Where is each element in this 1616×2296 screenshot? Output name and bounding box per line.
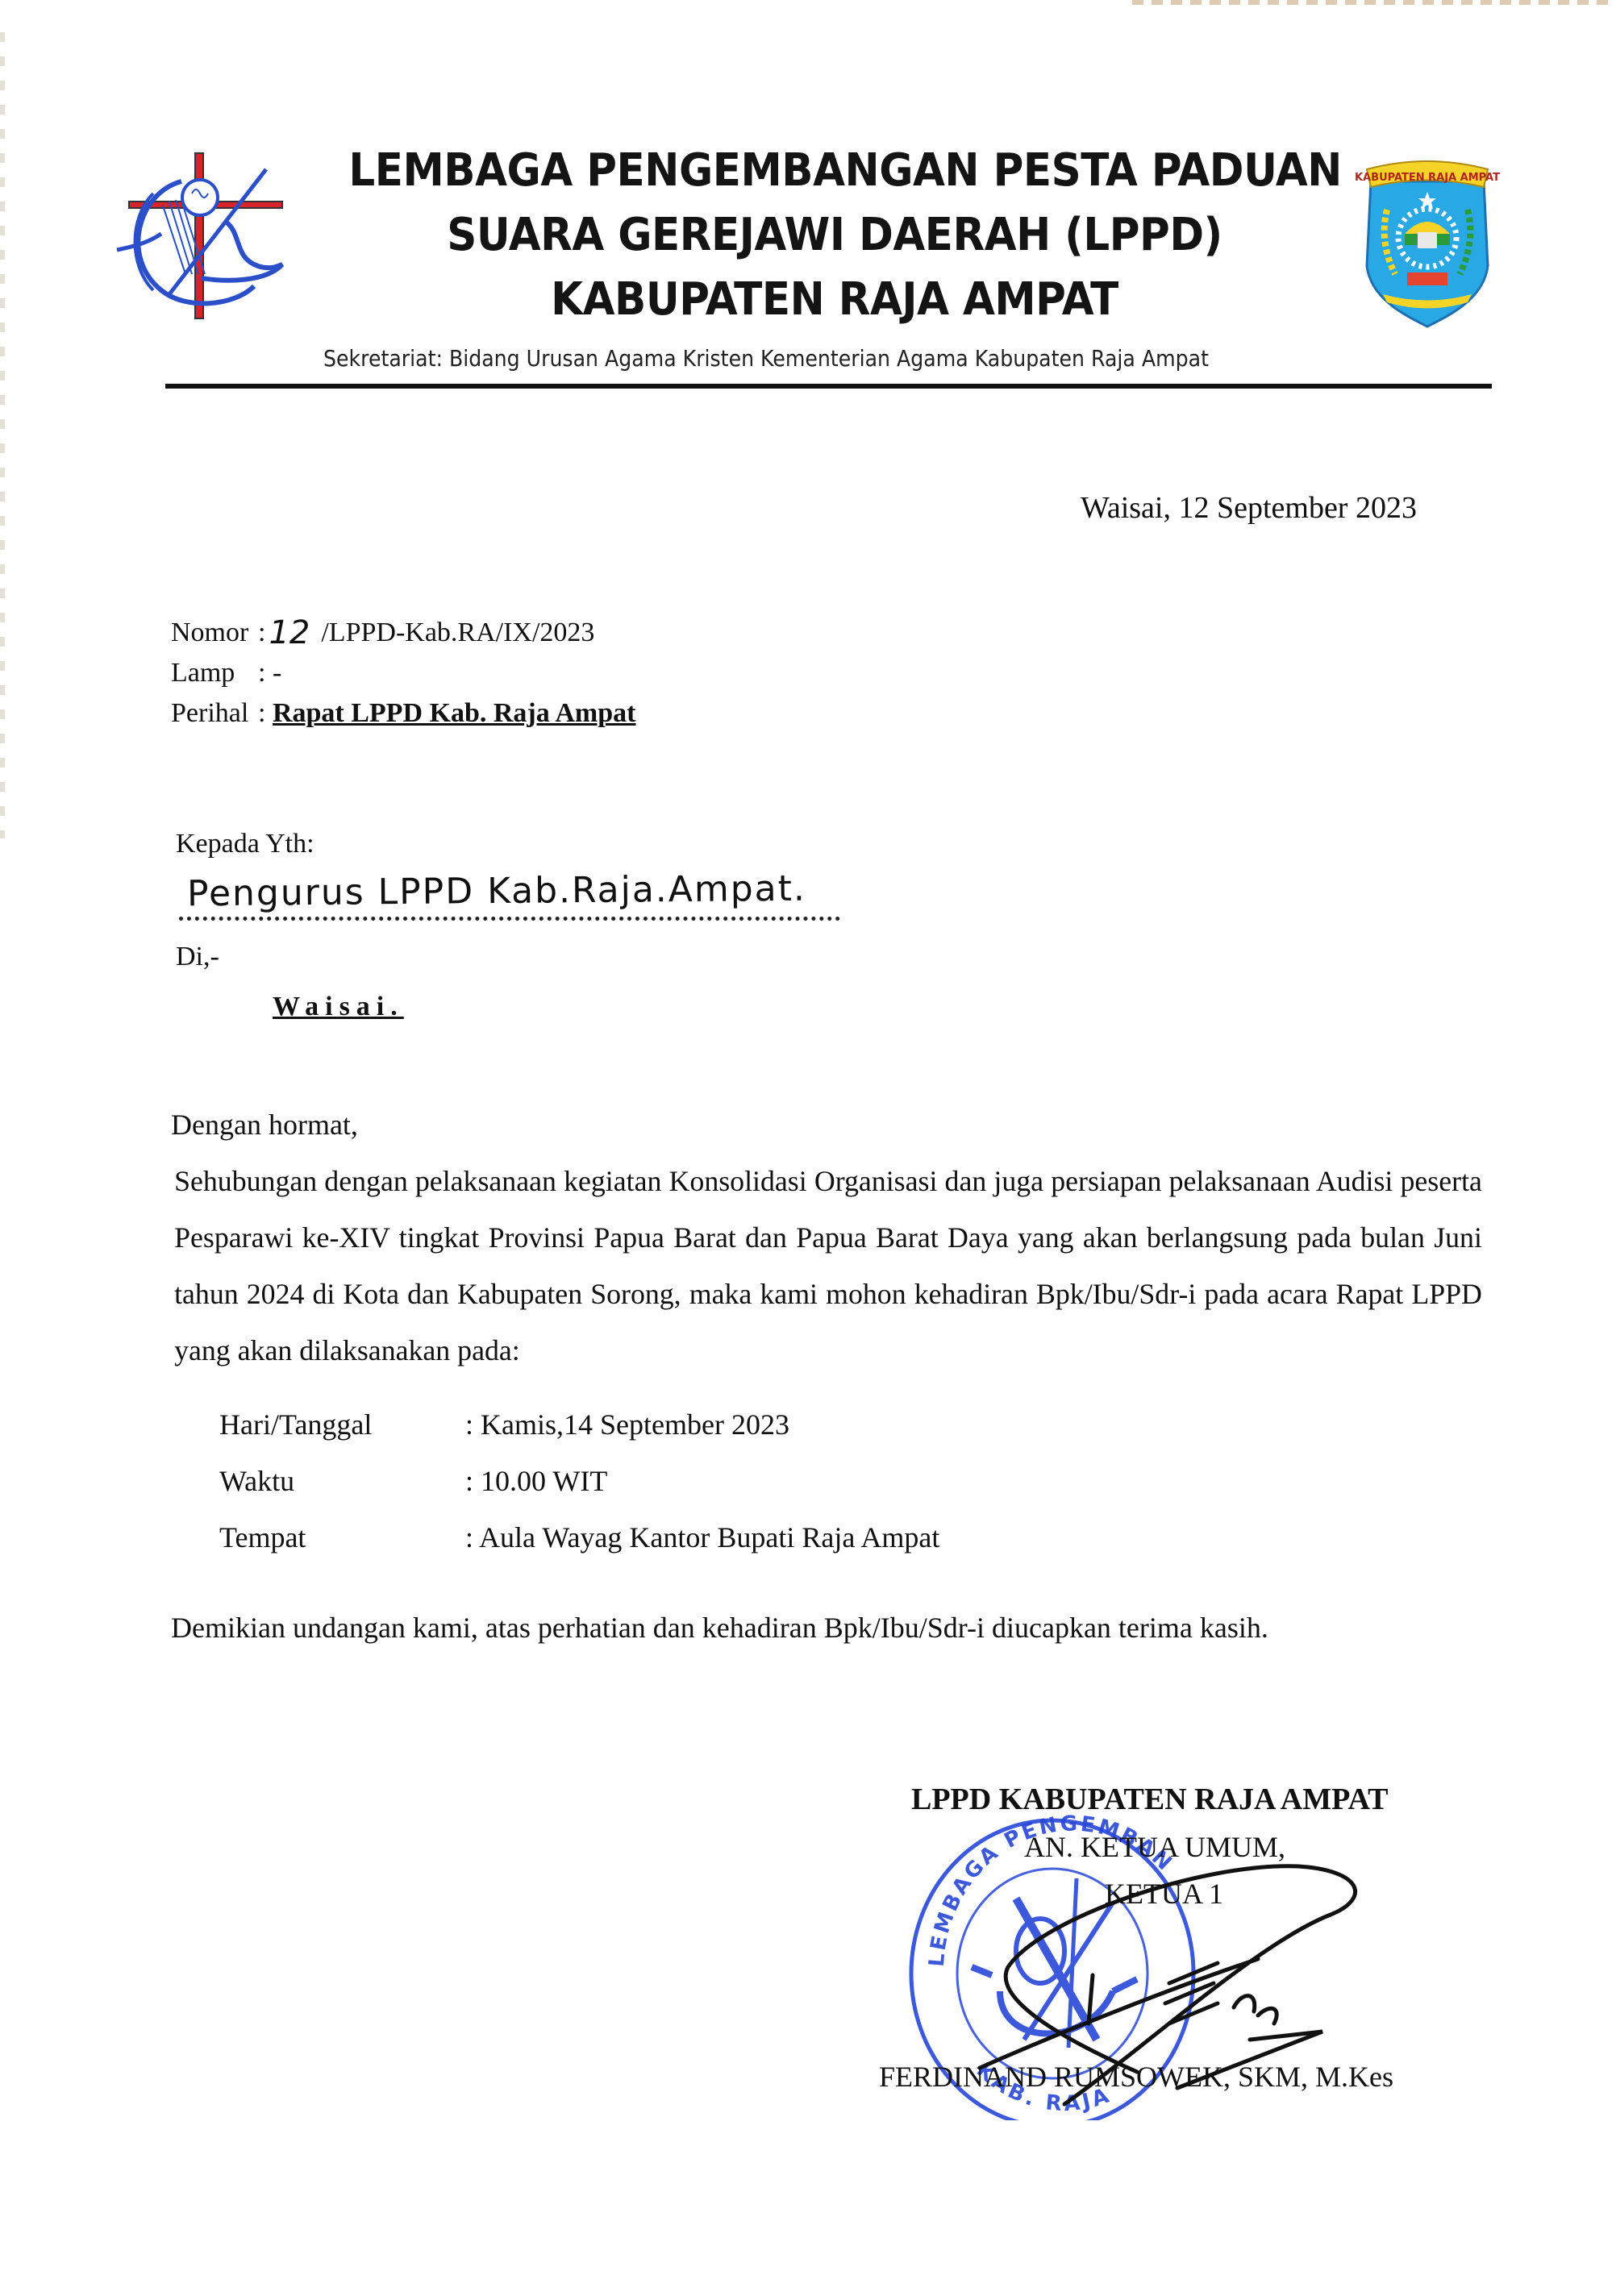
- signature-block: LEMBAGA PENGEMBANGAN PESPARAWI DAERAH KA…: [879, 1782, 1508, 2120]
- perihal-value: Rapat LPPD Kab. Raja Ampat: [273, 693, 636, 734]
- greeting: Dengan hormat,: [171, 1096, 1485, 1153]
- detail-row: Waktu : 10.00 WIT: [219, 1453, 939, 1509]
- di-label: Di,-: [176, 942, 219, 972]
- crest-banner-text: KABUPATEN RAJA AMPAT: [1355, 172, 1500, 184]
- letterhead-secretariat: Sekretariat: Bidang Urusan Agama Kristen…: [222, 345, 1310, 372]
- body-paragraph: Sehubungan dengan pelaksanaan kegiatan K…: [174, 1153, 1482, 1379]
- closing-sentence: Demikian undangan kami, atas perhatian d…: [171, 1611, 1268, 1645]
- letterhead-title-line-2: SUARA GEREJAWI DAERAH (LPPD): [348, 203, 1320, 268]
- detail-row: Tempat : Aula Wayag Kantor Bupati Raja A…: [219, 1509, 939, 1566]
- signature-on-behalf: AN. KETUA UMUM,: [1024, 1830, 1285, 1864]
- letterhead-title-line-3: KABUPATEN RAJA AMPAT: [348, 268, 1320, 332]
- signature-org: LPPD KABUPATEN RAJA AMPAT: [911, 1782, 1388, 1817]
- letter-body: Dengan hormat, Sehubungan dengan pelaksa…: [171, 1096, 1485, 1379]
- meta-lamp: Lamp : -: [171, 653, 635, 693]
- signature-position: KETUA 1: [1105, 1877, 1223, 1911]
- meta-nomor: Nomor : 12 /LPPD-Kab.RA/IX/2023: [171, 613, 635, 653]
- detail-label: Waktu: [219, 1453, 465, 1509]
- recipient-handwritten: Pengurus LPPD Kab.Raja.Ampat.: [187, 868, 806, 915]
- event-details: Hari/Tanggal : Kamis,14 September 2023 W…: [219, 1396, 939, 1566]
- letterhead-title-line-1: LEMBAGA PENGEMBANGAN PESTA PADUAN: [348, 139, 1320, 203]
- lamp-label: Lamp: [171, 653, 258, 693]
- detail-row: Hari/Tanggal : Kamis,14 September 2023: [219, 1396, 939, 1453]
- letterhead-title: LEMBAGA PENGEMBANGAN PESTA PADUAN SUARA …: [348, 139, 1320, 332]
- scan-edge-top: [1132, 0, 1616, 5]
- nomor-handwritten: 12: [269, 613, 310, 653]
- meta-perihal: Perihal : Rapat LPPD Kab. Raja Ampat: [171, 693, 635, 734]
- kepada-label: Kepada Yth:: [176, 829, 314, 859]
- detail-value: : 10.00 WIT: [465, 1453, 607, 1509]
- nomor-separator: :: [258, 613, 265, 653]
- dotted-fill-line: [179, 917, 840, 921]
- lppd-logo-icon: [105, 145, 298, 339]
- nomor-suffix: /LPPD-Kab.RA/IX/2023: [321, 613, 594, 653]
- recipient-line: Pengurus LPPD Kab.Raja.Ampat.: [179, 871, 840, 927]
- letter-meta: Nomor : 12 /LPPD-Kab.RA/IX/2023 Lamp : -…: [171, 613, 635, 734]
- signatory-name: FERDINAND RUMSOWEK, SKM, M.Kes: [879, 2060, 1393, 2094]
- detail-value: : Aula Wayag Kantor Bupati Raja Ampat: [465, 1509, 939, 1566]
- letterhead-divider: [165, 384, 1492, 389]
- letter-date: Waisai, 12 September 2023: [1081, 490, 1417, 526]
- detail-label: Tempat: [219, 1509, 465, 1566]
- scan-edge-left: [0, 32, 5, 838]
- raja-ampat-crest-icon: KABUPATEN RAJA AMPAT: [1355, 153, 1500, 331]
- lamp-separator: :: [258, 653, 265, 693]
- lamp-value: -: [273, 653, 281, 693]
- perihal-separator: :: [258, 693, 265, 734]
- detail-value: : Kamis,14 September 2023: [465, 1396, 789, 1453]
- nomor-label: Nomor: [171, 613, 258, 653]
- perihal-label: Perihal: [171, 693, 258, 734]
- detail-label: Hari/Tanggal: [219, 1396, 465, 1453]
- recipient-city: Waisai.: [273, 992, 404, 1022]
